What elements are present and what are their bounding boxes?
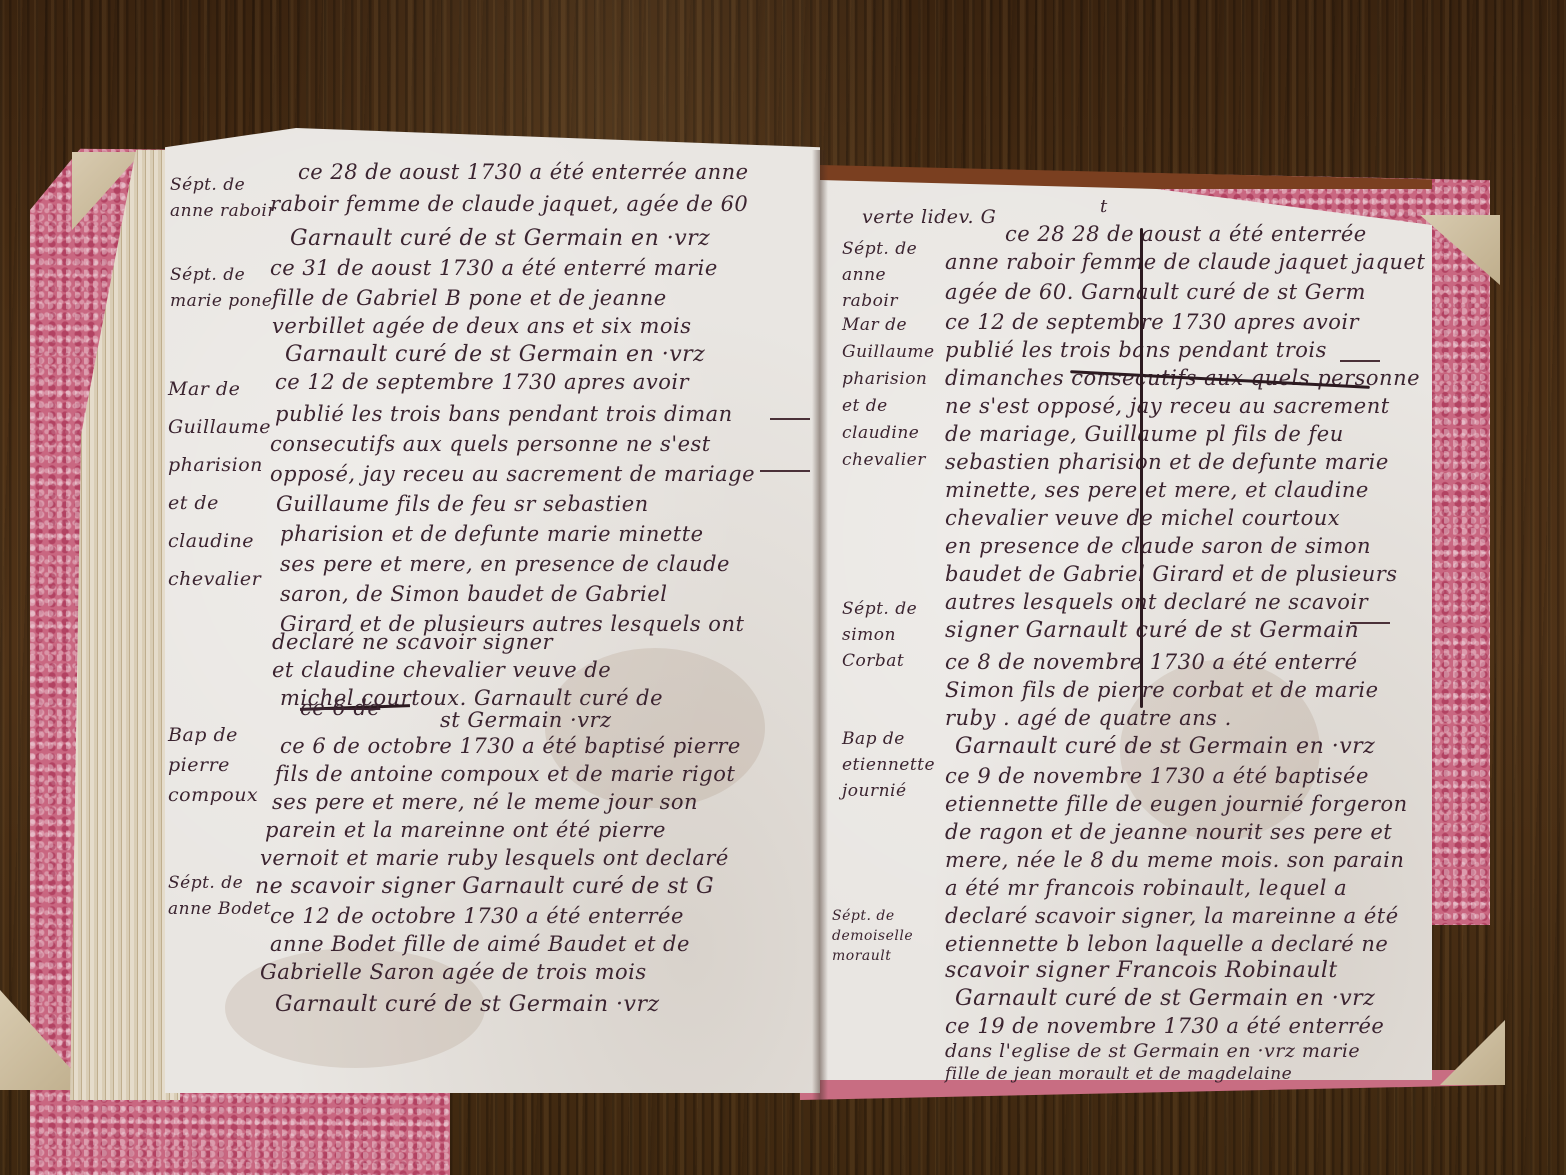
signature-line: Garnault curé de st Germain en ·vrz [285,342,705,367]
filler-dash [760,470,810,472]
register-line: Simon fils de pierre corbat et de marie [945,678,1379,702]
register-line: sebastien pharision et de defunte marie [945,450,1389,474]
signature-line: Garnault curé de st Germain en ·vrz [955,734,1375,759]
register-line: ce 31 de aoust 1730 a été enterré marie [270,256,718,280]
register-line: etiennette b lebon laquelle a declaré ne [945,932,1388,956]
signature-line: ne scavoir signer Garnault curé de st G [255,874,714,899]
register-line: et claudine chevalier veuve de [272,658,611,682]
signature-line: Garnault curé de st Germain en ·vrz [955,986,1375,1011]
register-line: publié les trois bans pendant trois [945,338,1327,362]
margin-note: Sépt. de demoiselle morault [832,906,927,966]
margin-note: Sépt. de marie pone [170,262,280,314]
register-line: etiennette fille de eugen journié forger… [945,792,1408,816]
register-line: ce 12 de septembre 1730 apres avoir [275,370,689,394]
register-line: de mariage, Guillaume pl fils de feu [945,422,1344,446]
register-line: a été mr francois robinault, lequel a [945,876,1347,900]
struck-text: ce 6 de [300,696,380,720]
register-line: ce 8 de novembre 1730 a été enterré [945,650,1358,674]
book-gutter [812,150,828,1100]
register-line: ses pere et mere, né le meme jour son [272,790,698,814]
register-line: fille de jean morault et de magdelaine [945,1064,1292,1084]
register-line: ce 28 28 de aoust a été enterrée [1005,222,1367,246]
register-line: pharision et de defunte marie minette [280,522,704,546]
signature-line: Garnault curé de st Germain ·vrz [275,992,660,1017]
register-line: ce 12 de octobre 1730 a été enterrée [270,904,684,928]
filler-dash [1350,622,1390,624]
register-line: fille de Gabriel B pone et de jeanne [272,286,667,310]
register-line: agée de 60. Garnault curé de st Germ [945,280,1366,304]
margin-note: Mar de Guillaume pharision et de claudin… [168,370,278,598]
register-line: parein et la mareinne ont été pierre [265,818,666,842]
register-line: minette, ses pere et mere, et claudine [945,478,1369,502]
page-mark: t [1100,196,1108,217]
register-line: vernoit et marie ruby lesquels ont decla… [260,846,729,870]
cancel-stroke-vertical [1140,228,1143,708]
register-line: Gabrielle Saron agée de trois mois [260,960,647,984]
register-line: ce 6 de octobre 1730 a été baptisé pierr… [280,734,741,758]
register-line: mere, née le 8 du meme mois. son parain [945,848,1404,872]
register-line: declaré scavoir signer, la mareinne a ét… [945,904,1399,928]
register-line: ce 19 de novembre 1730 a été enterrée [945,1014,1384,1038]
filler-dash [770,418,810,420]
page-header-note: verte lidev. G [862,206,996,228]
register-line: autres lesquels ont declaré ne scavoir [945,590,1368,614]
register-line: publié les trois bans pendant trois dima… [275,402,733,426]
register-line: ses pere et mere, en presence de claude [280,552,730,576]
register-line: dans l'eglise de st Germain en ·vrz mari… [945,1040,1360,1062]
margin-note: Bap de etiennette journié [842,726,942,804]
register-line: ce 12 de septembre 1730 apres avoir [945,310,1359,334]
register-line: anne Bodet fille de aimé Baudet et de [270,932,690,956]
register-line: declaré ne scavoir signer [272,630,553,654]
register-line: fils de antoine compoux et de marie rigo… [275,762,735,786]
register-line: en presence de claude saron de simon [945,534,1371,558]
register-line: verbillet agée de deux ans et six mois [272,314,692,338]
register-line: ne s'est opposé, jay receu au sacrement [945,394,1390,418]
margin-note: Mar de Guillaume pharision et de claudin… [842,312,942,474]
register-line: st Germain ·vrz [440,708,612,732]
signature-line: scavoir signer Francois Robinault [945,958,1338,983]
register-line: opposé, jay receu au sacrement de mariag… [270,462,755,486]
register-line: raboir femme de claude jaquet, agée de 6… [270,192,748,216]
margin-note: Sépt. de anne raboir [170,172,280,224]
register-line: ce 28 de aoust 1730 a été enterrée anne [298,160,749,184]
register-line: baudet de Gabriel Girard et de plusieurs [945,562,1398,586]
register-line: Guillaume fils de feu sr sebastien [276,492,649,516]
signature-line: signer Garnault curé de st Germain [945,618,1359,643]
register-line: consecutifs aux quels personne ne s'est [270,432,711,456]
register-line: anne raboir femme de claude jaquet jaque… [945,250,1425,274]
signature-line: Garnault curé de st Germain en ·vrz [290,226,710,251]
filler-dash [1340,360,1380,362]
margin-note: Sépt. de simon Corbat [842,596,937,674]
register-line: saron, de Simon baudet de Gabriel [280,582,667,606]
register-line: ce 9 de novembre 1730 a été baptisée [945,764,1369,788]
register-line: de ragon et de jeanne nourit ses pere et [945,820,1392,844]
margin-note: Sépt. de anne raboir [842,236,937,314]
margin-note: Bap de pierre compoux [168,720,278,810]
register-line: ruby . agé de quatre ans . [945,706,1232,730]
